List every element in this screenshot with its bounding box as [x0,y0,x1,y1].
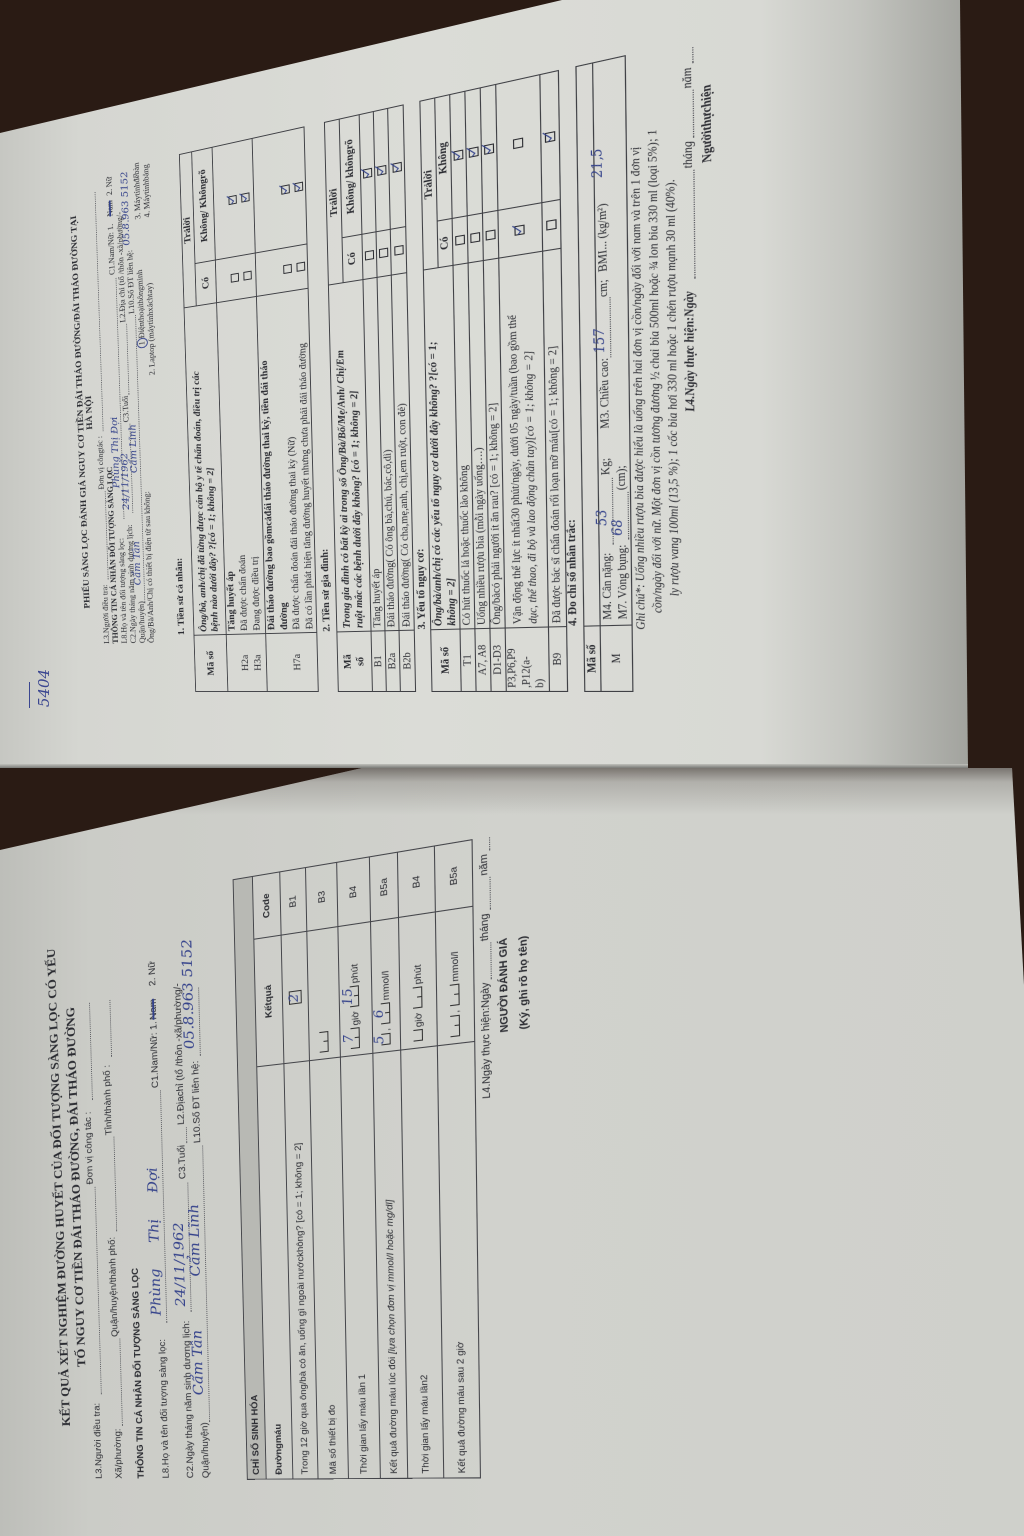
year-label: năm [680,66,697,90]
spacer [256,254,269,293]
row-code: H3a [252,637,266,688]
signer-label: Ngườithựchiện [699,63,717,184]
yes-column-header: Có [195,260,217,306]
risk-factors-heading: 3. Yếu tố nguy cơ: [415,548,429,629]
risk-factors-table: Mã số Ông/bà/anh/chị có các yếu tố nguy … [419,70,567,692]
no-checkbox [544,131,555,143]
name-label: L8.Họ và tên đối tượng sàng lọc: [157,1339,173,1479]
result-cell: 2 [281,931,309,1063]
lab-result-form: KẾT QUẢ XÉT NGHIỆM ĐƯỜNG HUYẾT CỦA ĐỐI T… [40,808,539,1481]
workplace-blank [89,1003,93,1100]
device-option-4: 4. Máytínhbảng [141,163,152,218]
no-checkbox [513,137,523,149]
spacer [216,261,230,299]
checkbox-wrap [241,257,255,296]
result-cell: 5, 6mmol/l [371,917,401,1053]
no-cell [539,71,559,203]
code-cell: B4 [397,846,435,917]
row-code: b) [533,631,548,688]
province-blank [109,1000,112,1057]
no-checkbox [469,146,479,157]
date-line: L4.Ngày thực hiện:Ngày tháng năm [477,815,500,1478]
whole-box: 5 [381,1033,390,1046]
yes-cell [376,229,391,277]
handwritten-decimal: 6 [371,1001,387,1026]
assessor-signature-note: (Ký, ghi rõ họ tên) [516,905,533,1060]
family-history-heading: 2. Tiền sử gia đình: [320,548,334,631]
question-cell: Vận động thể lực ít nhất30 phút/ngày, dư… [499,251,548,628]
hour-unit: giờ [413,1012,425,1028]
code-cell: A7, A8 [475,628,491,691]
height-label: M3. Chiều cao: [597,357,613,429]
answer-box: 2 [289,990,302,1005]
yes-cell [467,213,483,263]
biochemistry-table: CHỈ SỐ SINH HÓA Đườngmáu Kếtquả Code Tro… [233,839,481,1480]
handwritten-dob: 24/11/1962 [172,1222,187,1307]
hour-unit: giờ [350,1010,361,1026]
yes-cell [215,253,256,303]
code-column-header: Mã số [431,629,461,691]
code-cell: T1 [460,629,476,692]
yes-checkbox [243,271,251,281]
result-cell: giờ phút [398,912,437,1050]
code-cell: B2b [399,630,416,691]
yes-checkbox [486,230,496,241]
commune-blank [119,1339,122,1426]
handwritten-address-1: Cẩm Tân [132,541,142,586]
handwritten-weight: 53 [594,509,610,526]
row-code: P3,P6,P9 [506,631,521,688]
code-cell: H2a H3a [226,634,267,692]
handwritten-bmi: 21,5 [590,147,606,179]
device-3-number: 3. [134,212,143,220]
date-label: L4.Ngày thực hiện:Ngày [479,981,496,1099]
row-label: Thời gian lấy máu lần2 [401,1046,444,1478]
yes-checkbox [394,246,403,257]
month-label: tháng [478,912,494,941]
device-4-number: 4. [143,210,152,218]
device-2-label: Laptop (máytínhxáchtay) [145,282,156,367]
code-column-header: Mã số [194,635,228,692]
yes-checkbox [546,220,557,231]
no-checkbox [392,162,401,173]
row-label-text: Kết quả đường máu lúc đói [386,1357,399,1474]
yes-checkbox [515,225,525,236]
handwritten-name: Phùng Thị Đợi [146,1167,163,1316]
yes-checkbox [379,248,388,259]
no-checkbox [281,184,290,195]
yes-checkbox [365,250,374,261]
day-blank [490,942,492,979]
no-checkbox [377,165,386,176]
sex-label: C1.Nam/Nữ: 1. [148,1021,163,1089]
header-line: Mã [341,635,355,688]
code-cell: P3,P6,P9 ,P12(a- b) [505,627,549,691]
hour-boxes [413,1029,423,1042]
month-blank [489,877,490,910]
handwritten-phone: 05.8.963 5152 [180,938,196,1050]
handwritten-minute: 15 [341,984,357,1009]
month-label: tháng [680,140,697,170]
anthropometry-heading: 4. Đo chỉ số nhân trắc: [566,519,581,626]
personal-history-table: Mã số Ông/bà, anh/chị đã từng được cán b… [179,126,319,692]
phone-blank [198,988,201,1056]
handwritten-hour: 7 [341,1026,357,1051]
no-checkbox [229,195,237,205]
no-cell [212,138,255,260]
code-cell: B5a [369,852,398,922]
handwritten-whole: 5 [371,1032,387,1047]
result-cell [307,927,341,1061]
code-cell: B9 [548,627,567,692]
name-line: L8.Họ và tên đối tượng sàng lọc: Phùng T… [144,873,173,1481]
note-text: Uống nhiều rượu bia được hiểu là uống tr… [629,146,647,582]
workplace-label: Đơn vị công tác : [83,1111,97,1185]
device-code-boxes [319,1031,328,1053]
minute-boxes [412,986,422,1009]
phone-label: L10.Số ĐT liên hệ: [190,1060,205,1144]
personal-history-heading: 1. Tiền sử cá nhân: [175,558,188,636]
no-checkbox [454,149,464,160]
minute-unit: phút [349,963,361,984]
waist-blank [627,492,629,540]
no-cell [496,75,542,211]
handwritten-address-2: Cẩm Lĩnh [187,1204,202,1277]
glucose-unit: mmol/l [449,951,461,983]
decimal-boxes [449,983,459,1006]
code-cell: B5a [434,840,473,912]
no-checkbox [484,143,494,155]
hour-boxes: 7 [350,1027,360,1049]
whole-boxes [450,1015,460,1038]
assessor-title: NGƯỜI ĐÁNH GIÁ [497,919,514,1052]
photo-background: 5404 PHIẾU SÀNG LỌC ĐÁNH GIÁ NGUY CƠ TIỀ… [0,0,1024,1536]
district-label: Quận/huyện) [199,1422,213,1478]
paper-edge-shadow [0,764,968,768]
code-cell: B2a [385,630,400,691]
district-city-blank [113,1137,117,1232]
device-option-2: 2. Laptop (máytínhxáchtay) [145,282,157,376]
sex-option-male: Nam [147,998,160,1021]
yes-checkbox [283,264,292,274]
bmi-label: BMI... (kg/m²) [595,202,611,273]
no-checkbox [294,182,303,193]
checkbox-wrap [281,250,295,289]
result-cell: 7giờ 15phút [338,922,373,1057]
yes-cell [255,244,308,297]
glucose-unit: mmol/l [380,970,392,1001]
measurements: M4. Cân nặng: 53 Kg; M3. Chiều cao: 157 … [593,60,631,622]
code-cell: B1 [371,631,386,692]
month-blank [693,90,695,138]
year-blank [489,837,490,850]
note-label: Ghi chú*: [635,584,649,630]
sex-option-female: 2. Nữ [146,960,159,987]
handwritten-phone: 05.8.963 5152 [120,170,132,246]
code-cell: H7a [266,632,319,691]
code-column-header: Mã số [584,626,601,692]
no-cell [388,105,406,229]
device-4-label: Máytínhbảng [141,163,151,209]
interviewer-blank [95,1187,102,1395]
district-city-label: Quận/huyện/thành phố: [107,1236,122,1337]
handwritten-address-2: Cẩm Lĩnh [128,424,139,474]
yes-cell [362,232,377,280]
day-blank [693,170,695,279]
anthropometry-table: Mã số M M4. Cân nặng: 53 Kg; M3. Chiều c… [575,55,633,692]
minute-unit: phút [412,964,424,985]
age-blank [186,1127,187,1143]
waist-label: M7. Vòng bụng: [615,544,631,619]
family-history-table: Mã số Trong gia đình có bất kỳ ai trong … [324,104,416,692]
row-code: ,P12(a- [520,631,535,688]
code-cell: B1 [280,868,307,936]
yes-cell [541,200,560,252]
commune-label: Xã/phường: [112,1428,126,1478]
no-checkbox [363,168,372,179]
yes-cell [482,210,498,260]
code-cell: B3 [305,862,337,931]
minute-boxes: 15 [350,985,360,1007]
code-column-header: Code [252,872,281,939]
checkbox-wrap [238,142,254,252]
device-3-label: Máytínhđểbàn [132,162,142,212]
yes-checkbox [455,235,465,246]
code-column-header: Mã số [337,631,373,691]
code-cell: D1-D3 [490,628,506,691]
decimal-separator: , [450,1010,462,1014]
device-1-number: 1 [138,340,147,347]
result-column-header: Kếtquả [254,935,284,1067]
question-cell: Đái tháo đường bao gồmcảđái tháo đường t… [256,288,316,633]
row-code: H7a [291,636,305,688]
result-cell: , mmol/l [435,906,474,1046]
yes-column-header: Có [437,218,453,267]
yes-checkbox [470,233,480,244]
row-label-note: [lựa chọn đơn vị mmol/l hoặc mg/dl] [384,1199,398,1354]
year-label: năm [477,853,493,877]
handwritten-answer: 2 [287,989,302,1006]
yes-cell [452,216,468,266]
checkbox-wrap [228,259,242,297]
handwritten-height: 157 [592,327,608,354]
yes-checkbox [296,262,305,272]
waist-unit: (cm); [614,465,630,491]
handwritten-file-number: 5404 [34,662,54,714]
decimal-boxes: 6 [380,1002,390,1024]
measurements-cell: M4. Cân nặng: 53 Kg; M3. Chiều cao: 157 … [593,56,632,626]
code-cell: M [600,625,633,691]
year-blank [692,47,693,63]
yes-checkbox [231,273,239,283]
no-checkbox [241,192,249,202]
yes-cell [390,227,406,276]
checkbox-wrap [291,130,307,242]
handwritten-waist: 68 [610,519,626,536]
no-cell [252,127,307,253]
no-column-header: Không/ khôngrõ [339,115,362,238]
row-label: Kết quả đường máu sau 2 giờ [437,1041,480,1478]
date-label: L4.Ngày thực hiện:Ngày [682,290,700,412]
header-line: số [354,635,368,688]
weight-label: M4. Cân nặng: [600,552,616,620]
handwritten-address-1: Cẩm Tân [190,1330,205,1396]
age-label: C3.Tuổi [176,1144,190,1179]
code-cell: B4 [337,857,371,927]
yes-cell [498,203,542,258]
height-unit: cm; [596,279,612,298]
weight-unit: Kg; [598,457,614,475]
yes-column-header: Có [342,234,363,282]
interviewer-label: L3.Người điều tra: [92,1403,106,1479]
spacer [268,252,282,291]
checkbox-wrap [294,247,308,286]
province-label: Tỉnh/thành phố : [102,1064,116,1136]
device-2-number: 2. [148,369,157,376]
